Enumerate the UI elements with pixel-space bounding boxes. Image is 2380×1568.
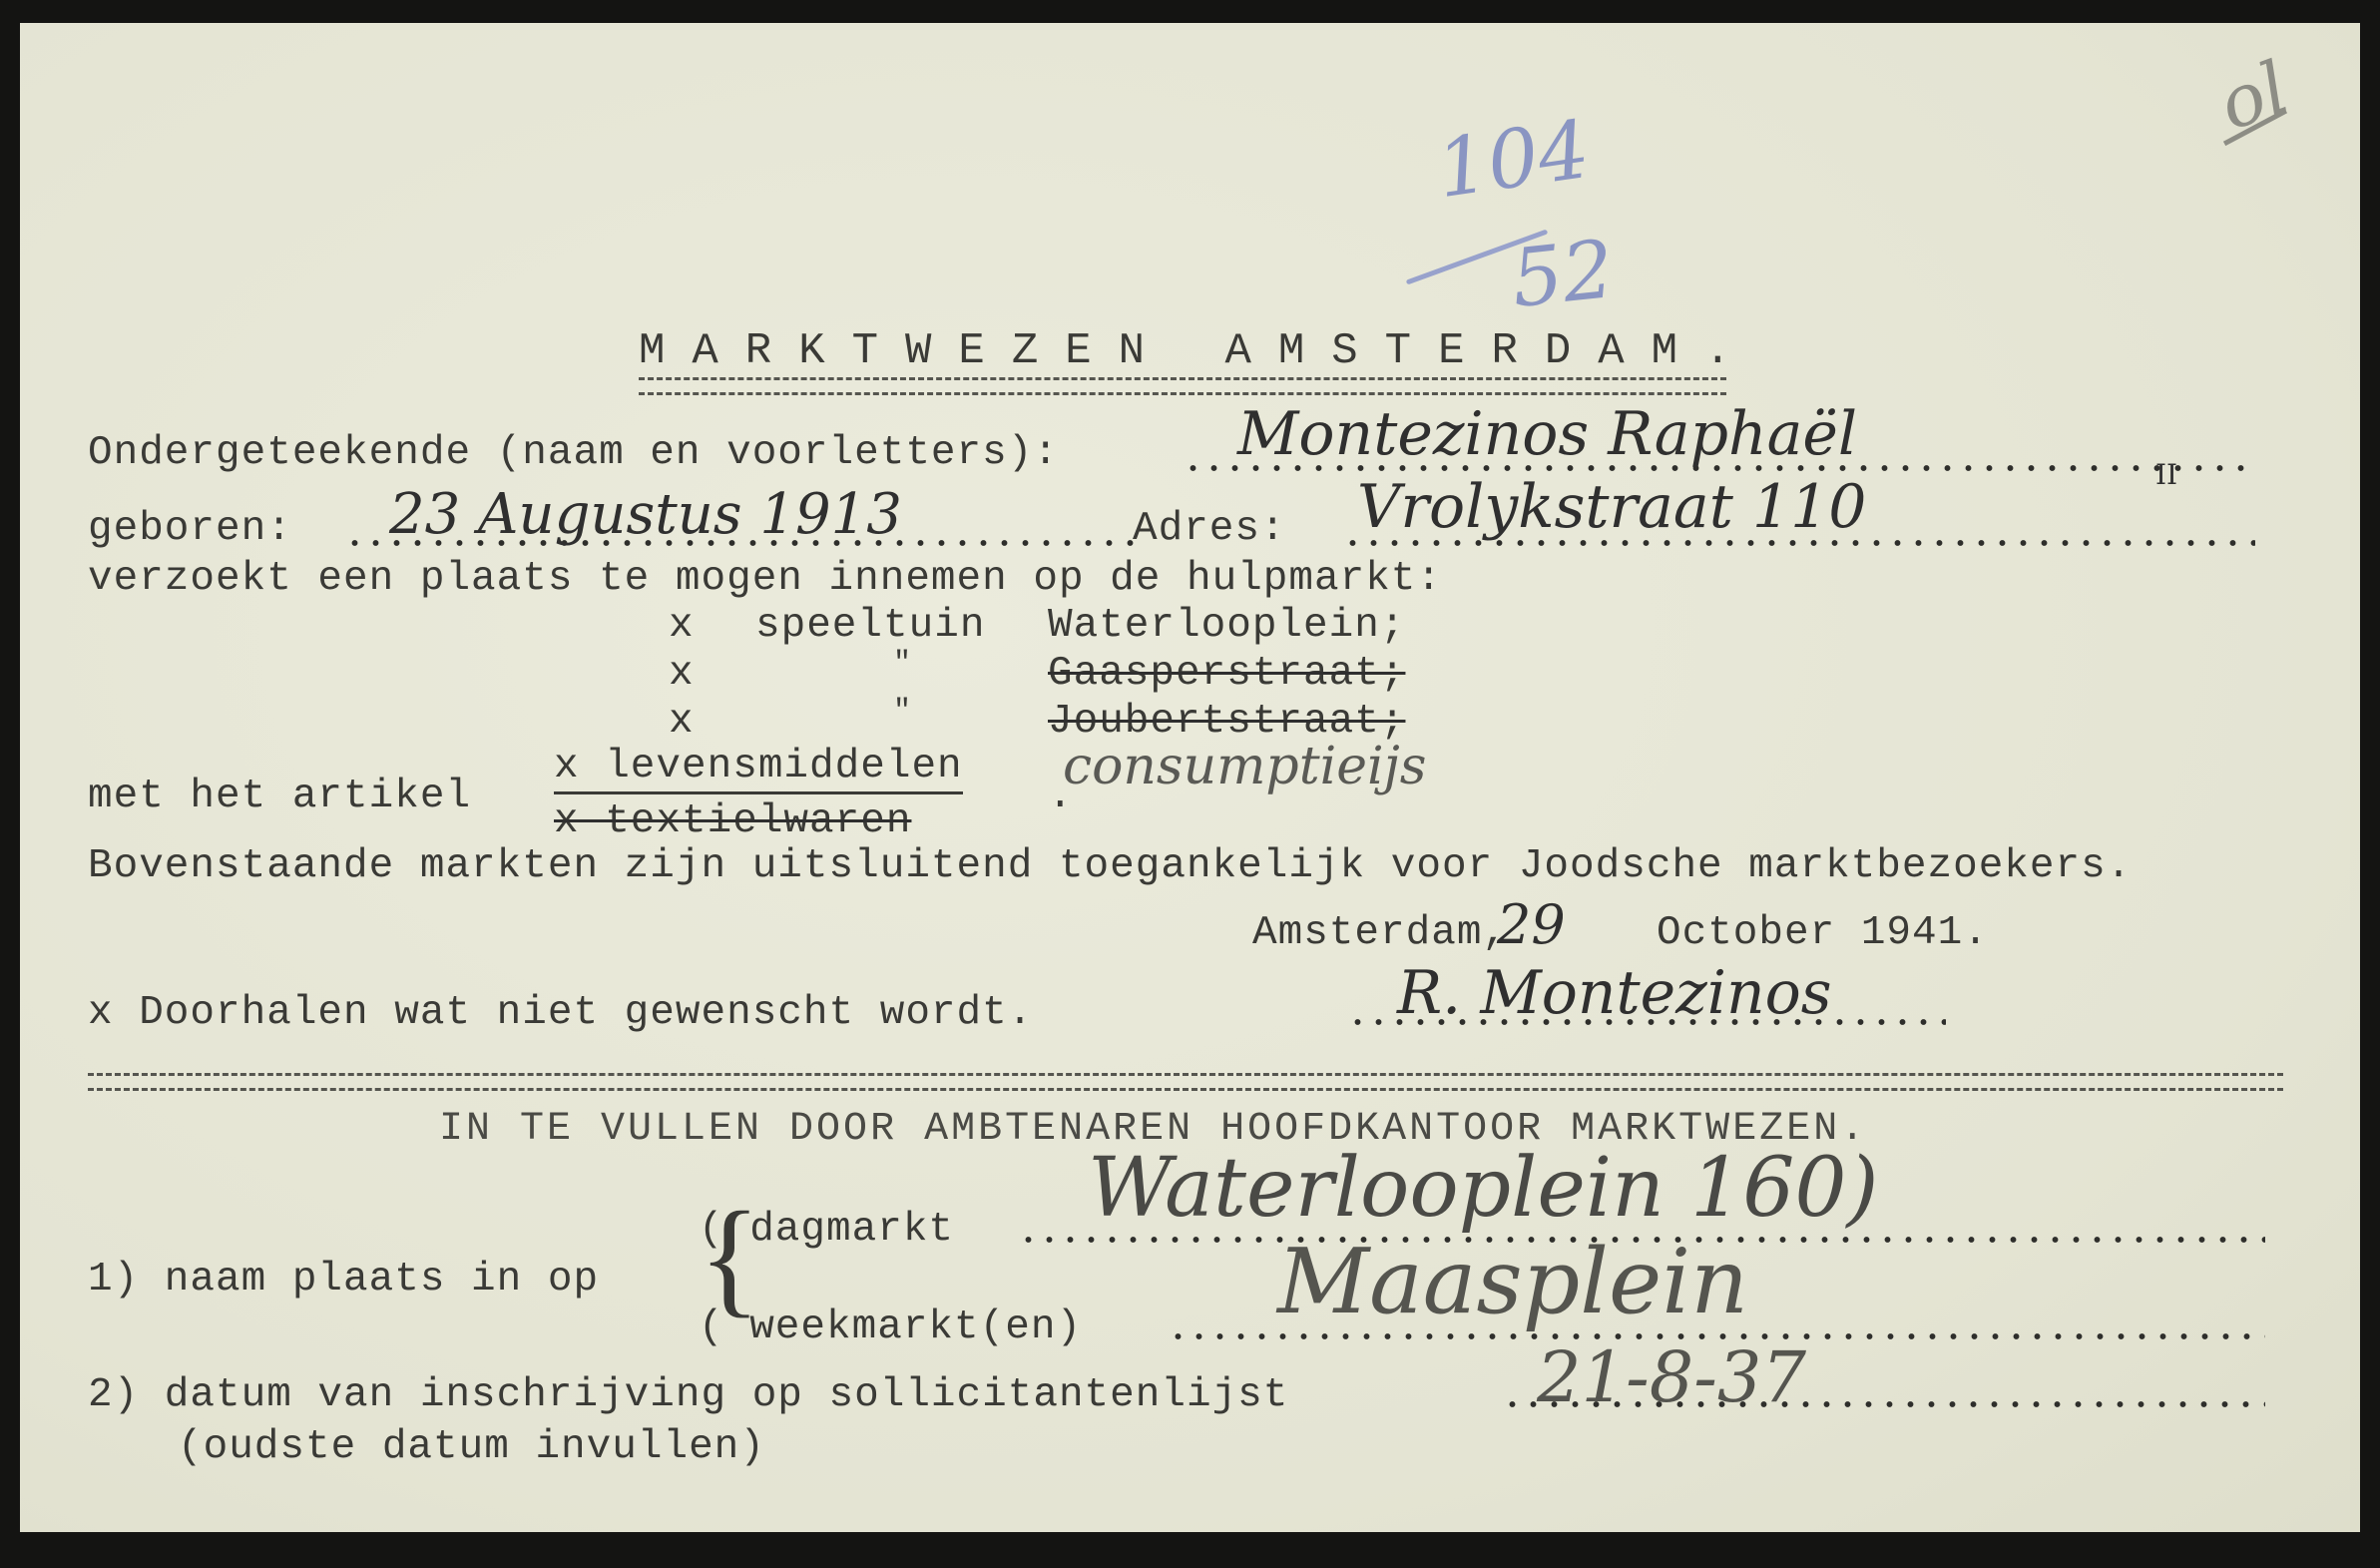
- handwritten-article: consumptieijs: [1063, 741, 1426, 792]
- section-double-rule: [88, 1073, 2283, 1091]
- label-article: met het artikel: [88, 777, 471, 817]
- market-prefix-2: ": [893, 649, 912, 679]
- document-title: MARKTWEZEN AMSTERDAM.: [639, 329, 1758, 373]
- item-2-note: (oudste datum invullen): [178, 1427, 765, 1468]
- handwritten-address: Vrolykstraat 110: [1357, 477, 1866, 537]
- handwritten-weekmarkt: Maasplein: [1277, 1238, 1748, 1327]
- handwritten-name: Montezinos Raphaël: [1237, 404, 1857, 464]
- archive-number-bottom: 52: [1508, 230, 1618, 319]
- handwritten-dagmarkt: Waterlooplein 160): [1088, 1148, 1879, 1230]
- month-year: October 1941.: [1657, 913, 1989, 954]
- market-prefix-1: speeltuin: [755, 606, 985, 647]
- handwritten-registration-date: 21-8-37: [1537, 1342, 1806, 1412]
- label-born: geboren:: [88, 509, 292, 550]
- market-name-waterlooplein: Waterlooplein;: [1048, 606, 1405, 647]
- market-marker-2: x: [669, 654, 695, 695]
- item-2-label: 2) datum van inschrijving op sollicitant…: [88, 1375, 1288, 1416]
- notice-text: Bovenstaande markten zijn uitsluitend to…: [88, 846, 2132, 887]
- weekmarkt-label: ( weekmarkt(en): [699, 1307, 1082, 1348]
- item-1-label: 1) naam plaats in op: [88, 1260, 599, 1301]
- label-address: Adres:: [1133, 509, 1286, 550]
- market-name-gaasperstraat: Gaasperstraat;: [1048, 654, 1405, 695]
- dagmarkt-label: ( dagmarkt: [699, 1210, 954, 1251]
- archive-number-top: 104: [1432, 110, 1594, 210]
- signature: R. Montezinos: [1397, 963, 1832, 1023]
- handwritten-day: 29: [1497, 898, 1566, 952]
- title-double-rule: [639, 377, 1726, 395]
- place-label: Amsterdam,: [1252, 913, 1508, 954]
- request-line: verzoekt een plaats te mogen innemen op …: [88, 559, 1442, 600]
- label-name: Ondergeteekende (naam en voorletters):: [88, 433, 1059, 474]
- footnote-text: x Doorhalen wat niet gewenscht wordt.: [88, 993, 1033, 1034]
- market-marker-1: x: [669, 606, 695, 647]
- market-prefix-3: ": [893, 697, 912, 727]
- article-option-textielwaren: x textielwaren: [554, 801, 911, 842]
- market-marker-3: x: [669, 702, 695, 743]
- handwritten-birthdate: 23 Augustus 1913: [389, 487, 902, 543]
- handwritten-floor: II: [2155, 461, 2177, 489]
- article-option-levensmiddelen: x levensmiddelen: [554, 747, 963, 794]
